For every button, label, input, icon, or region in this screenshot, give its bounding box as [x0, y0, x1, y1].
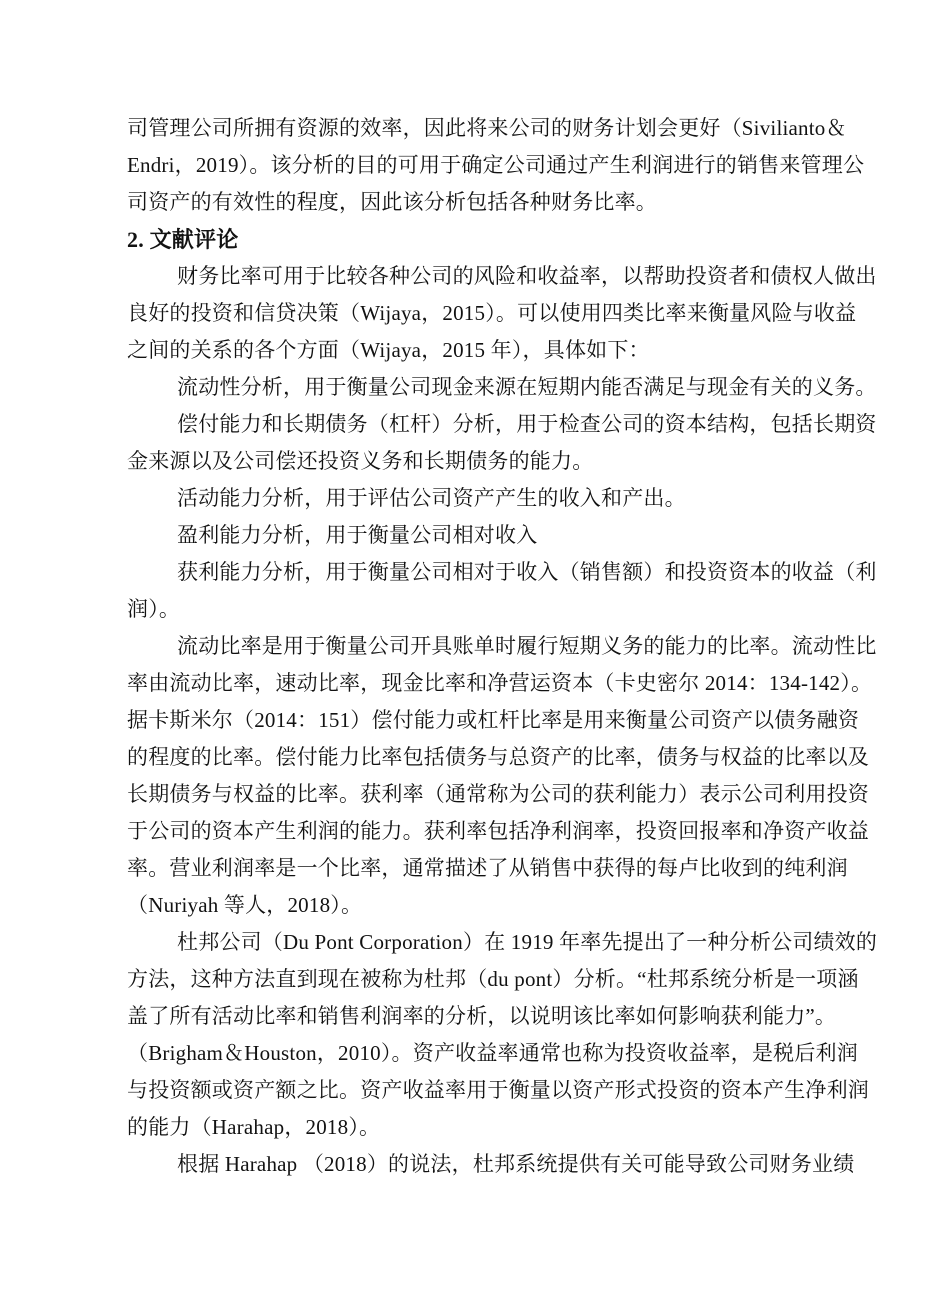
- paragraph-ratio-details: 流动比率是用于衡量公司开具账单时履行短期义务的能力的比率。流动性比 率由流动比率…: [127, 628, 872, 924]
- text-line: 盖了所有活动比率和销售利润率的分析，以说明该比率如何影响获利能力”。: [127, 998, 872, 1035]
- text-line: 据卡斯米尔（2014：151）偿付能力或杠杆比率是用来衡量公司资产以债务融资: [127, 702, 872, 739]
- text-line: 金来源以及公司偿还投资义务和长期债务的能力。: [127, 443, 872, 480]
- text-line: 盈利能力分析，用于衡量公司相对收入: [127, 517, 872, 554]
- paragraph-liquidity: 流动性分析，用于衡量公司现金来源在短期内能否满足与现金有关的义务。: [127, 369, 872, 406]
- text-line: Endri，2019）。该分析的目的可用于确定公司通过产生利润进行的销售来管理公: [127, 147, 872, 184]
- text-line: 杜邦公司（Du Pont Corporation）在 1919 年率先提出了一种…: [127, 924, 872, 961]
- paragraph-harahap: 根据 Harahap （2018）的说法，杜邦系统提供有关可能导致公司财务业绩: [127, 1146, 872, 1183]
- text-line: 司管理公司所拥有资源的效率，因此将来公司的财务计划会更好（Sivilianto＆: [127, 110, 872, 147]
- text-line: 流动比率是用于衡量公司开具账单时履行短期义务的能力的比率。流动性比: [127, 628, 872, 665]
- text-line: 于公司的资本产生利润的能力。获利率包括净利润率，投资回报率和净资产收益: [127, 813, 872, 850]
- text-line: 长期债务与权益的比率。获利率（通常称为公司的获利能力）表示公司利用投资: [127, 776, 872, 813]
- paragraph-solvency: 偿付能力和长期债务（杠杆）分析，用于检查公司的资本结构，包括长期资 金来源以及公…: [127, 406, 872, 480]
- text-line: 活动能力分析，用于评估公司资产产生的收入和产出。: [127, 480, 872, 517]
- text-line: 根据 Harahap （2018）的说法，杜邦系统提供有关可能导致公司财务业绩: [127, 1146, 872, 1183]
- text-line: 方法，这种方法直到现在被称为杜邦（du pont）分析。“杜邦系统分析是一项涵: [127, 961, 872, 998]
- text-block: 司管理公司所拥有资源的效率，因此将来公司的财务计划会更好（Sivilianto＆…: [127, 110, 872, 1183]
- section-heading: 2. 文献评论: [127, 221, 872, 258]
- text-line: 与投资额或资产额之比。资产收益率用于衡量以资产形式投资的资本产生净利润: [127, 1072, 872, 1109]
- text-line: 润）。: [127, 591, 872, 628]
- text-line: 率由流动比率，速动比率，现金比率和净营运资本（卡史密尔 2014：134-142…: [127, 665, 872, 702]
- paragraph-dupont: 杜邦公司（Du Pont Corporation）在 1919 年率先提出了一种…: [127, 924, 872, 1146]
- text-line: 率。营业利润率是一个比率，通常描述了从销售中获得的每卢比收到的纯利润: [127, 850, 872, 887]
- text-line: 司资产的有效性的程度，因此该分析包括各种财务比率。: [127, 184, 872, 221]
- text-line: 之间的关系的各个方面（Wijaya，2015 年），具体如下：: [127, 332, 872, 369]
- text-line: 偿付能力和长期债务（杠杆）分析，用于检查公司的资本结构，包括长期资: [127, 406, 872, 443]
- paragraph-profitability-short: 盈利能力分析，用于衡量公司相对收入: [127, 517, 872, 554]
- paragraph-financial-ratios: 财务比率可用于比较各种公司的风险和收益率，以帮助投资者和债权人做出 良好的投资和…: [127, 258, 872, 369]
- text-line: （Nuriyah 等人，2018）。: [127, 887, 872, 924]
- text-line: 财务比率可用于比较各种公司的风险和收益率，以帮助投资者和债权人做出: [127, 258, 872, 295]
- text-line: 获利能力分析，用于衡量公司相对于收入（销售额）和投资资本的收益（利: [127, 554, 872, 591]
- text-line: 的程度的比率。偿付能力比率包括债务与总资产的比率，债务与权益的比率以及: [127, 739, 872, 776]
- paragraph-intro-continuation: 司管理公司所拥有资源的效率，因此将来公司的财务计划会更好（Sivilianto＆…: [127, 110, 872, 221]
- text-line: （Brigham＆Houston，2010）。资产收益率通常也称为投资收益率，是…: [127, 1035, 872, 1072]
- paragraph-activity: 活动能力分析，用于评估公司资产产生的收入和产出。: [127, 480, 872, 517]
- text-line: 流动性分析，用于衡量公司现金来源在短期内能否满足与现金有关的义务。: [127, 369, 872, 406]
- document-page: 司管理公司所拥有资源的效率，因此将来公司的财务计划会更好（Sivilianto＆…: [0, 0, 926, 1309]
- text-line: 良好的投资和信贷决策（Wijaya，2015）。可以使用四类比率来衡量风险与收益: [127, 295, 872, 332]
- paragraph-earning-power: 获利能力分析，用于衡量公司相对于收入（销售额）和投资资本的收益（利 润）。: [127, 554, 872, 628]
- text-line: 的能力（Harahap，2018）。: [127, 1109, 872, 1146]
